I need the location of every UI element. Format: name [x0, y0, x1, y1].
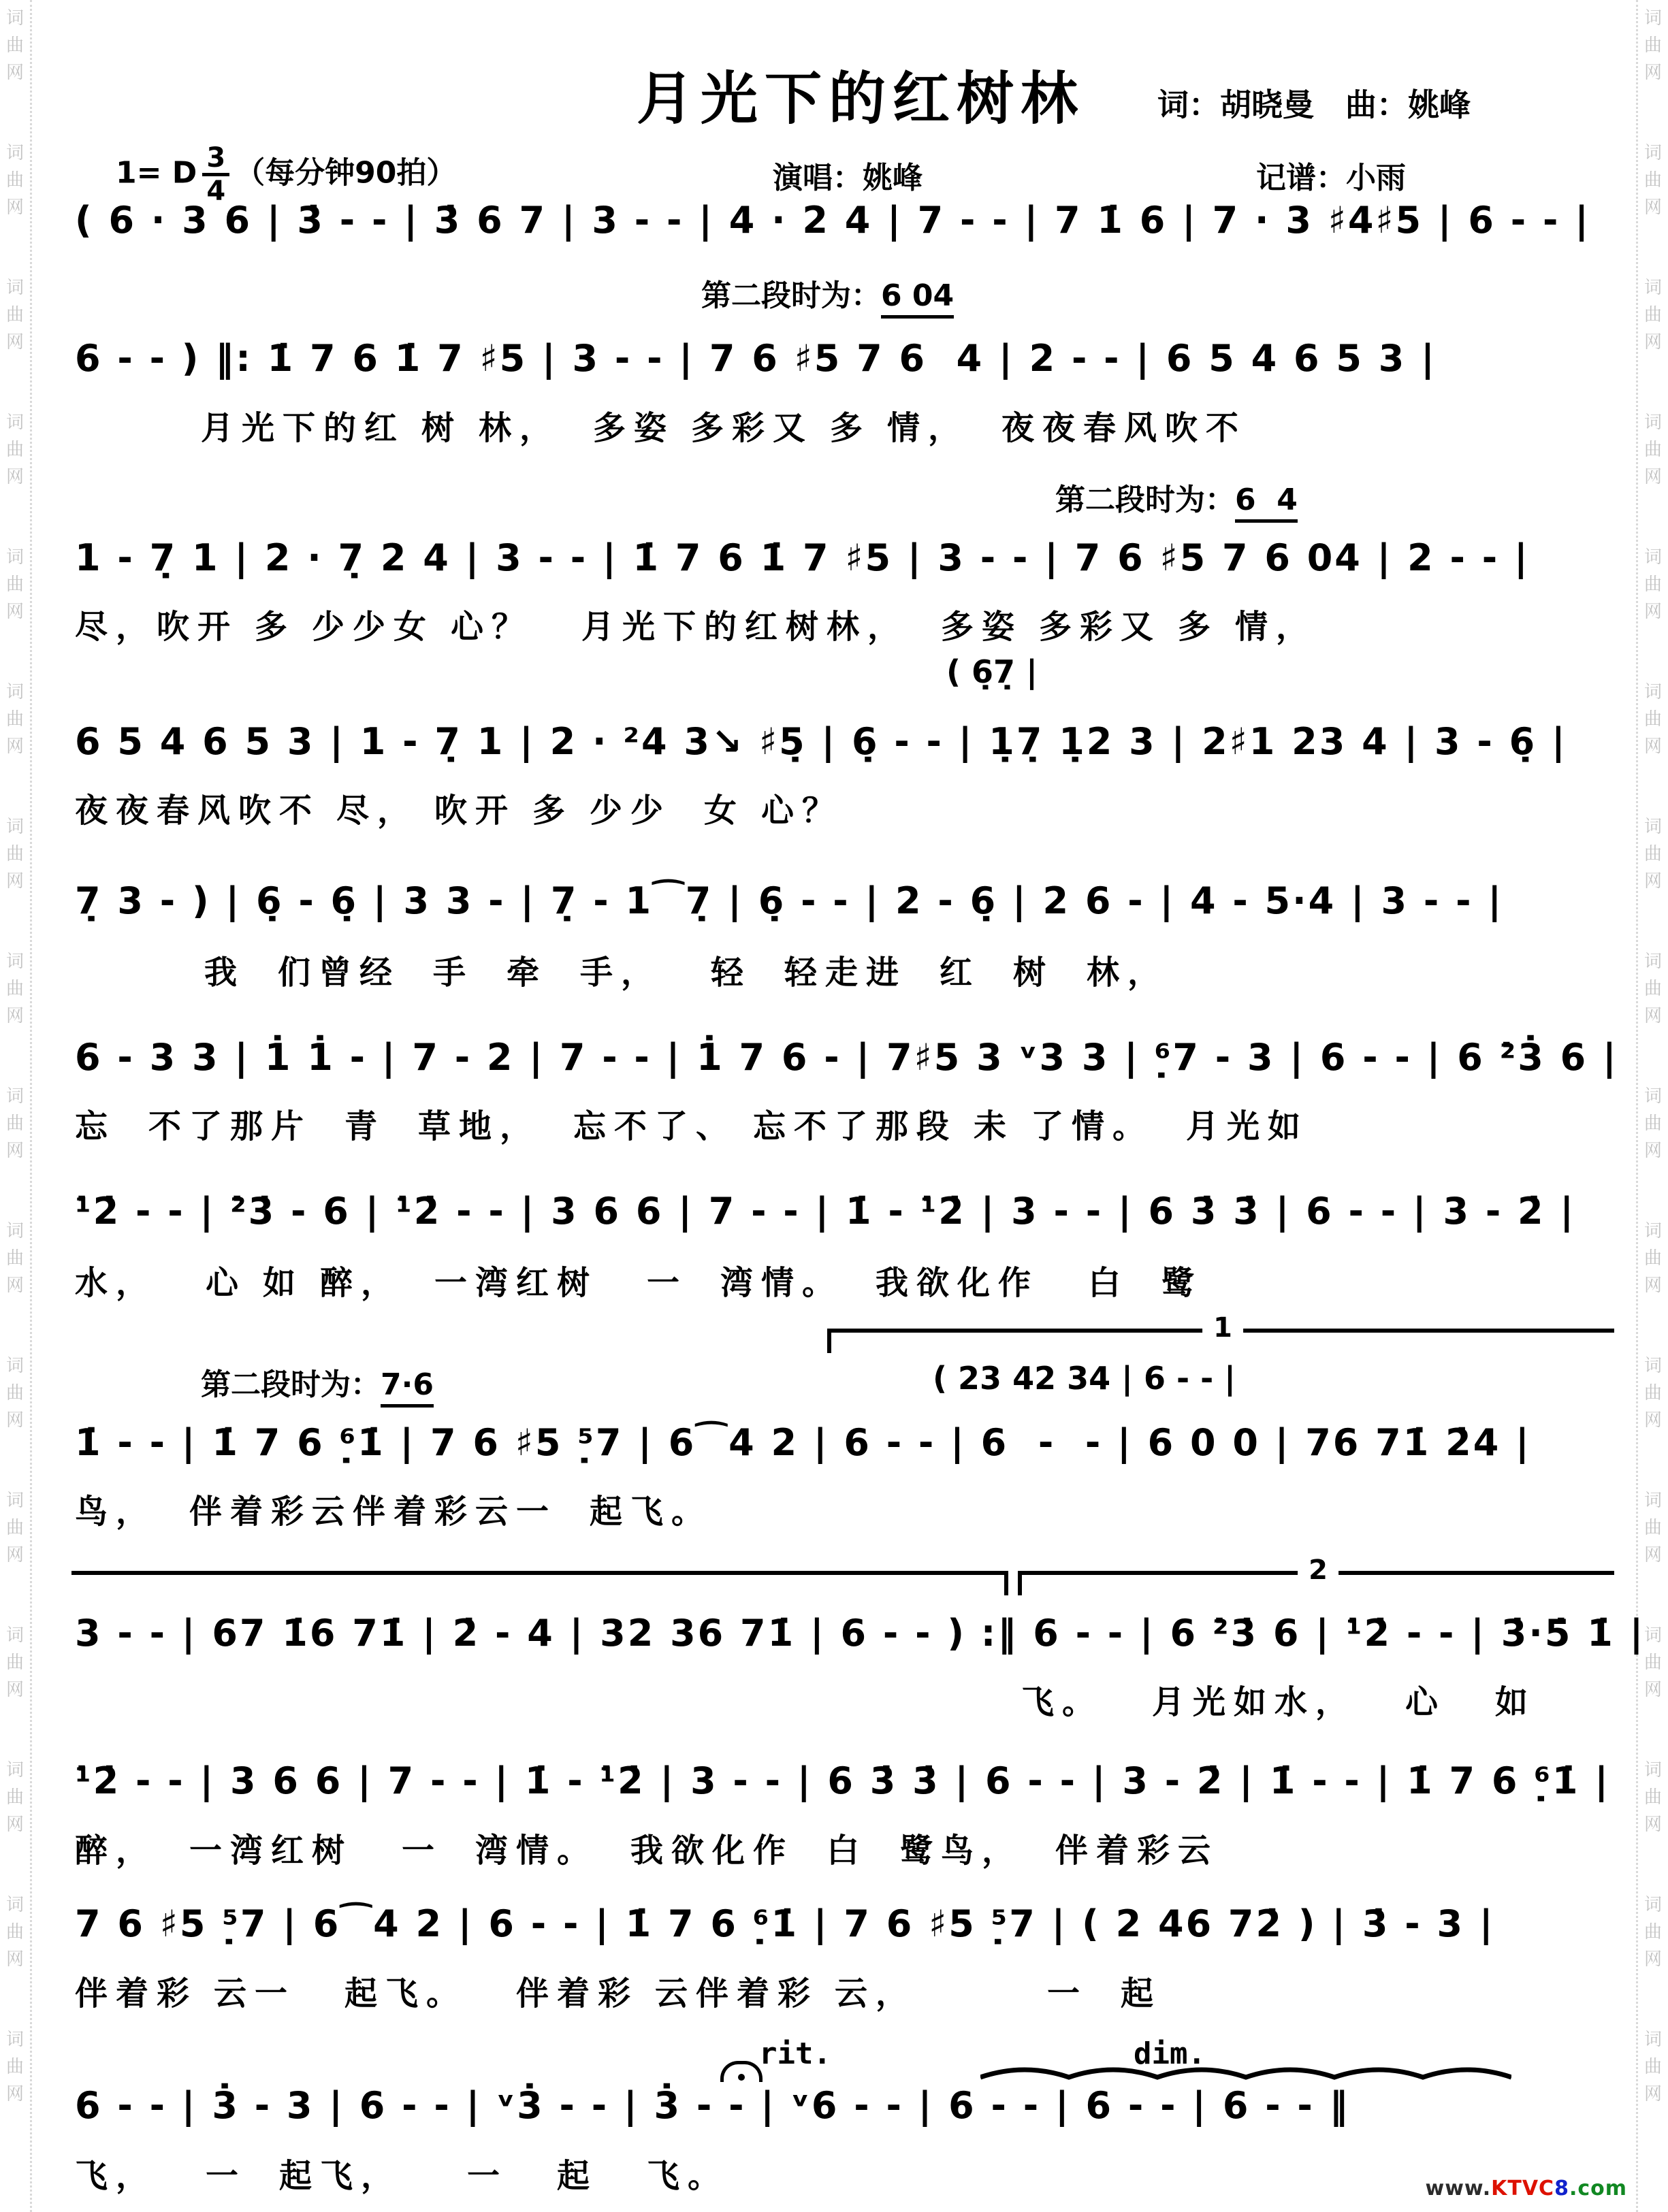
watermark-gap — [1639, 490, 1667, 543]
watermark-char: 曲 — [1639, 31, 1667, 59]
notes-line-12: 6 - - | 3̇ - 3 | 6 - - | ᵛ3̇ - - | 3̇ - … — [75, 2084, 1350, 2127]
watermark-char: 词 — [1, 408, 29, 436]
site-watermark-ktvc: KTVC — [1491, 2177, 1554, 2200]
watermark-char: 网 — [1, 1271, 29, 1299]
watermark-char: 词 — [1639, 678, 1667, 705]
watermark-char: 曲 — [1639, 975, 1667, 1002]
notes-line-10: ¹̇2̇ - - | 3 6 6 | 7 - - | 1̇ - ¹̇2̇ | 3… — [75, 1759, 1610, 1802]
watermark-char: 网 — [1, 328, 29, 355]
watermark-gap — [1, 625, 29, 678]
watermark-gap — [1, 894, 29, 947]
watermark-char: 网 — [1, 598, 29, 625]
watermark-gap — [1639, 1029, 1667, 1082]
watermark-gap — [1, 1838, 29, 1891]
watermark-char: 曲 — [1, 166, 29, 193]
watermark-char: 词 — [1639, 274, 1667, 301]
watermark-gap — [1, 1299, 29, 1352]
notes-line-7: ¹̇2̇ - - | ²̇3̇ - 6 | ¹̇2̇ - - | 3 6 6 |… — [75, 1190, 1575, 1233]
watermark-char: 网 — [1639, 463, 1667, 490]
watermark-gap — [1, 1703, 29, 1756]
watermark-char: 曲 — [1639, 705, 1667, 732]
watermark-char: 曲 — [1639, 2053, 1667, 2080]
watermark-char: 曲 — [1, 2053, 29, 2080]
watermark-gap — [1, 1433, 29, 1486]
watermark-char: 曲 — [1, 975, 29, 1002]
watermark-char: 曲 — [1639, 1379, 1667, 1406]
watermark-char: 曲 — [1639, 436, 1667, 463]
watermark-char: 词 — [1, 1756, 29, 1783]
second-verse-note-2: 第二段时为：6 4 — [1055, 475, 1298, 519]
second-verse-value: 6 4 — [1235, 483, 1298, 523]
second-verse-value: 7·6 — [381, 1367, 434, 1408]
watermark-char: 网 — [1639, 1137, 1667, 1164]
singer: 演唱：姚峰 — [773, 153, 923, 197]
diminuendo-wavy-line — [980, 2062, 1511, 2081]
watermark-char: 网 — [1, 59, 29, 86]
watermark-char: 曲 — [1, 705, 29, 732]
watermark-char: 词 — [1, 4, 29, 31]
watermark-gap — [1639, 221, 1667, 274]
notes-line-9: 3 - - | 67 1̇6 71̇ | 2̇ - 4 | 32 36 71̇ … — [75, 1612, 1645, 1655]
watermark-char: 网 — [1, 732, 29, 760]
watermark-gap — [1, 1164, 29, 1217]
watermark-char: 网 — [1, 1945, 29, 1972]
cue-notes-67: ( 6̣7̣ | — [946, 653, 1038, 690]
watermark-char: 网 — [1639, 1945, 1667, 1972]
watermark-gap — [1639, 86, 1667, 139]
volta-2-bracket: 2 — [1018, 1571, 1614, 1595]
watermark-char: 词 — [1639, 4, 1667, 31]
watermark-char: 网 — [1, 867, 29, 894]
watermark-char: 曲 — [1, 1918, 29, 1945]
watermark-char: 曲 — [1, 1648, 29, 1676]
site-watermark-8: 8 — [1554, 2177, 1569, 2200]
rit-marking: rit. — [759, 2036, 831, 2071]
fermata-icon — [720, 2061, 763, 2082]
lyrics-line-7: 水， 心 如 醉， 一湾红树 一 湾情。 我欲化作 白 鹭 — [75, 1256, 1202, 1303]
watermark-char: 网 — [1, 1541, 29, 1568]
volta-1-bracket: 1 — [827, 1329, 1614, 1353]
watermark-char: 词 — [1639, 1352, 1667, 1379]
watermark-gap — [1639, 760, 1667, 813]
notes-line-4: 6 5 4 6 5 3 | 1 - 7̣ 1 | 2 · ²4 3↘ ♯5̣ |… — [75, 720, 1567, 763]
watermark-char: 曲 — [1639, 840, 1667, 867]
watermark-gap — [1639, 355, 1667, 408]
watermark-char: 词 — [1639, 2026, 1667, 2053]
lyrics-line-4: 夜夜春风吹不 尽， 吹开 多 少少 女 心？ — [75, 784, 843, 831]
watermark-char: 曲 — [1639, 301, 1667, 328]
watermark-gap — [1, 760, 29, 813]
watermark-gap — [1639, 1838, 1667, 1891]
watermark-char: 词 — [1639, 1891, 1667, 1918]
watermark-char: 网 — [1, 1810, 29, 1838]
watermark-char: 词 — [1, 947, 29, 975]
cue-notes-67-text: ( 6̣7̣ | — [946, 653, 1038, 690]
notes-line-8: 1̇ - - | 1̇ 7 6 ⁶̣1̇ | 7 6 ♯5 ⁵̣7 | 6⁀4 … — [75, 1421, 1531, 1464]
watermark-gap — [1639, 1972, 1667, 2026]
watermark-char: 曲 — [1, 1109, 29, 1137]
watermark-char: 网 — [1, 193, 29, 221]
watermark-gap — [1639, 894, 1667, 947]
song-title: 月光下的红树林 — [637, 53, 1085, 135]
watermark-char: 网 — [1639, 1676, 1667, 1703]
watermark-char: 词 — [1, 1621, 29, 1648]
credits: 词：胡晓曼 曲：姚峰 — [1157, 80, 1471, 125]
watermark-char: 曲 — [1, 1514, 29, 1541]
key-signature: 1= D — [116, 156, 197, 191]
watermark-char: 词 — [1639, 813, 1667, 840]
watermark-char: 曲 — [1, 1244, 29, 1271]
lyrics-line-11: 伴着彩 云一 起飞。 伴着彩 云伴着彩 云， 一 起 — [75, 1967, 1161, 2014]
watermark-char: 曲 — [1, 436, 29, 463]
watermark-char: 曲 — [1639, 1109, 1667, 1137]
lyrics-line-3: 尽，吹开 多 少少女 心？ 月光下的红树林， 多姿 多彩又 多 情， — [75, 600, 1317, 647]
watermark-char: 网 — [1639, 59, 1667, 86]
watermark-char: 网 — [1, 463, 29, 490]
second-verse-prefix: 第二段时为： — [701, 278, 881, 313]
watermark-gap — [1, 355, 29, 408]
volta-2-label: 2 — [1298, 1555, 1338, 1586]
watermark-char: 网 — [1639, 193, 1667, 221]
lyrics-line-12: 飞， 一 起飞， 一 起 飞。 — [75, 2149, 728, 2196]
watermark-gap — [1639, 625, 1667, 678]
watermark-gap — [1, 86, 29, 139]
watermark-char: 词 — [1, 678, 29, 705]
watermark-char: 曲 — [1, 570, 29, 598]
watermark-gap — [1, 2107, 29, 2160]
watermark-char: 网 — [1, 1137, 29, 1164]
second-verse-value: 6 04 — [881, 278, 954, 319]
watermark-gap — [1639, 1703, 1667, 1756]
watermark-char: 网 — [1, 1406, 29, 1433]
watermark-char: 网 — [1, 1676, 29, 1703]
watermark-char: 词 — [1, 2026, 29, 2053]
watermark-char: 曲 — [1639, 1918, 1667, 1945]
watermark-char: 网 — [1639, 1002, 1667, 1029]
watermark-char: 网 — [1639, 598, 1667, 625]
lyrics-line-6: 忘 不了那片 青 草地， 忘不了、 忘不了那段 未 了情。 月光如 — [75, 1100, 1309, 1147]
watermark-char: 词 — [1, 139, 29, 166]
tempo-marking: （每分钟90拍） — [235, 156, 456, 191]
notes-line-11: 7 6 ♯5 ⁵̣7 | 6⁀4 2 | 6 - - | 1̇ 7 6 ⁶̣1̇… — [75, 1902, 1495, 1945]
second-verse-note-1: 第二段时为：6 04 — [701, 271, 954, 314]
lyrics-line-8: 鸟， 伴着彩云伴着彩云一 起飞。 — [75, 1485, 712, 1532]
watermark-char: 曲 — [1, 301, 29, 328]
second-verse-prefix: 第二段时为： — [201, 1367, 381, 1402]
second-verse-prefix: 第二段时为： — [1055, 483, 1235, 517]
watermark-char: 网 — [1639, 1541, 1667, 1568]
watermark-char: 曲 — [1, 840, 29, 867]
left-dotted-border — [30, 0, 32, 2212]
watermark-char: 曲 — [1639, 570, 1667, 598]
watermark-char: 网 — [1639, 867, 1667, 894]
time-signature-numerator: 3 — [202, 144, 229, 176]
watermark-char: 词 — [1, 1082, 29, 1109]
notes-line-6: 6 - 3 3 | 1̇ 1̇ - | 7 - 2 | 7 - - | 1̇ 7… — [75, 1036, 1618, 1079]
right-dotted-border — [1636, 0, 1638, 2212]
watermark-gap — [1, 221, 29, 274]
watermark-gap — [1, 490, 29, 543]
lyrics-line-10: 醉， 一湾红树 一 湾情。 我欲化作 白 鹭鸟， 伴着彩云 — [75, 1824, 1219, 1871]
site-watermark: www.KTVC8.com — [1425, 2177, 1627, 2200]
watermark-gap — [1, 1972, 29, 2026]
lyrics-line-5: 我 们曾经 手 牵 手， 轻 轻走进 红 树 林， — [204, 946, 1168, 993]
left-edge-watermark: 词曲网词曲网词曲网词曲网词曲网词曲网词曲网词曲网词曲网词曲网词曲网词曲网词曲网词… — [1, 4, 29, 2212]
watermark-char: 词 — [1639, 543, 1667, 570]
watermark-char: 网 — [1639, 1406, 1667, 1433]
watermark-char: 词 — [1639, 1756, 1667, 1783]
watermark-char: 词 — [1, 1217, 29, 1244]
watermark-char: 词 — [1639, 139, 1667, 166]
watermark-char: 词 — [1639, 1082, 1667, 1109]
watermark-char: 曲 — [1, 31, 29, 59]
notator: 记谱：小雨 — [1256, 153, 1406, 197]
watermark-char: 网 — [1639, 1810, 1667, 1838]
watermark-char: 词 — [1, 813, 29, 840]
watermark-gap — [1639, 1164, 1667, 1217]
watermark-char: 网 — [1639, 2080, 1667, 2107]
watermark-char: 曲 — [1, 1379, 29, 1406]
watermark-char: 曲 — [1639, 1514, 1667, 1541]
watermark-char: 词 — [1639, 1217, 1667, 1244]
watermark-char: 网 — [1, 2080, 29, 2107]
site-watermark-com: .com — [1569, 2177, 1627, 2200]
watermark-char: 曲 — [1639, 1783, 1667, 1810]
second-verse-note-3: 第二段时为：7·6 — [201, 1360, 434, 1403]
watermark-char: 词 — [1, 1352, 29, 1379]
volta-1-continuation — [71, 1571, 1008, 1595]
watermark-char: 词 — [1639, 1486, 1667, 1514]
watermark-char: 词 — [1, 543, 29, 570]
watermark-char: 曲 — [1, 1783, 29, 1810]
site-watermark-www: www. — [1425, 2177, 1491, 2200]
watermark-char: 曲 — [1639, 166, 1667, 193]
watermark-char: 网 — [1639, 732, 1667, 760]
lyrics-line-9: 飞。 月光如水， 心 如 — [1021, 1676, 1536, 1723]
volta-1-label: 1 — [1202, 1312, 1243, 1344]
watermark-char: 词 — [1639, 947, 1667, 975]
watermark-char: 词 — [1, 1891, 29, 1918]
lyrics-line-2: 月光下的红 树 林， 多姿 多彩又 多 情， 夜夜春风吹不 — [201, 402, 1247, 449]
watermark-gap — [1639, 2107, 1667, 2160]
watermark-char: 网 — [1639, 328, 1667, 355]
notes-line-1: ( 6 · 3 6 | 3̇ - - | 3̇ 6 7 | 3 - - | 4 … — [75, 199, 1590, 242]
watermark-gap — [1, 1568, 29, 1621]
time-signature: 34 — [202, 144, 229, 205]
watermark-gap — [1, 1029, 29, 1082]
notes-line-3: 1 - 7̣ 1 | 2 · 7̣ 2 4 | 3 - - | 1̇ 7 6 1… — [75, 536, 1530, 579]
notes-line-2: 6 - - ) ‖: 1̇ 7 6 1̇ 7 ♯5 | 3 - - | 7 6 … — [75, 337, 1437, 380]
watermark-char: 网 — [1639, 1271, 1667, 1299]
watermark-char: 曲 — [1639, 1244, 1667, 1271]
notes-line-5: 7̣ 3 - ) | 6̣ - 6̣ | 3 3 - | 7̣ - 1⁀7̣ |… — [75, 879, 1503, 922]
watermark-char: 网 — [1, 1002, 29, 1029]
watermark-gap — [1639, 1433, 1667, 1486]
watermark-char: 词 — [1, 274, 29, 301]
right-edge-watermark: 词曲网词曲网词曲网词曲网词曲网词曲网词曲网词曲网词曲网词曲网词曲网词曲网词曲网词… — [1639, 4, 1667, 2212]
watermark-char: 词 — [1, 1486, 29, 1514]
volta-1-cue-notes: ( 23 42 34 | 6 - - | — [933, 1360, 1236, 1397]
watermark-char: 词 — [1639, 408, 1667, 436]
key-time-tempo: 1= D34（每分钟90拍） — [116, 144, 456, 205]
watermark-gap — [1639, 1299, 1667, 1352]
